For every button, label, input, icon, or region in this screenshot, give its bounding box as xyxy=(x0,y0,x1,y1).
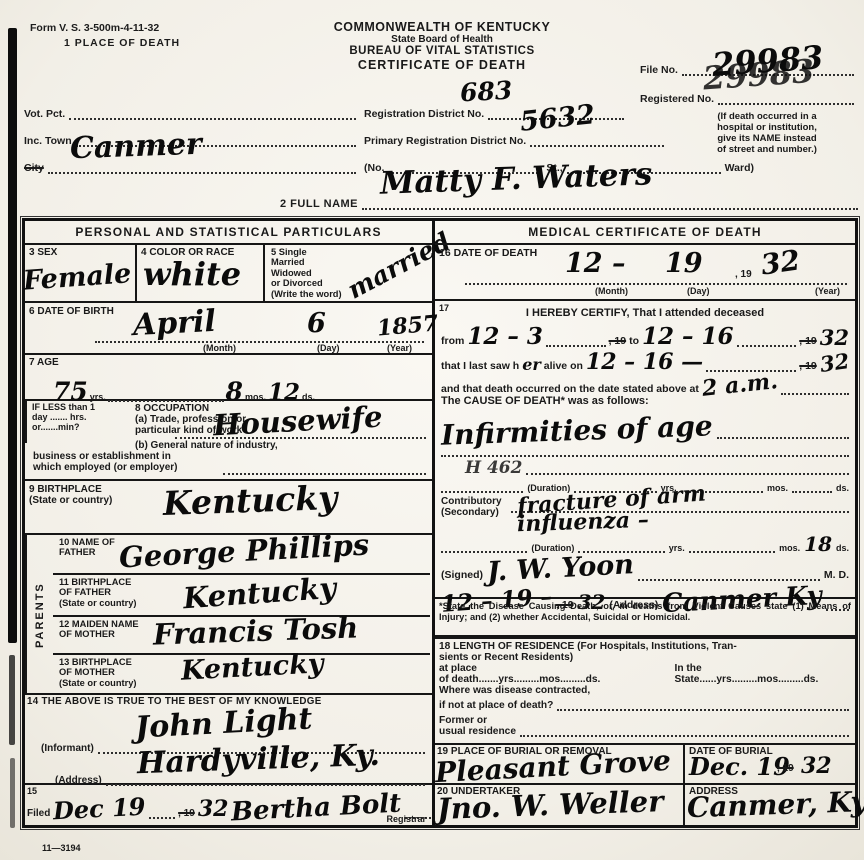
registrar-signature: Bertha Bolt xyxy=(231,793,402,824)
father-birthplace-row: 11 BIRTHPLACE OF FATHER (State or countr… xyxy=(53,575,430,617)
residence-heading: 18 LENGTH OF RESIDENCE (For Hospitals, I… xyxy=(439,641,849,663)
plate-code: 11—3194 xyxy=(42,843,81,853)
race-cell: 4 COLOR OR RACE white xyxy=(137,245,265,301)
file-no-label: File No. xyxy=(640,64,678,76)
if-not-label: if not at place of death? xyxy=(439,700,553,711)
cause-line: Infirmities of age xyxy=(441,413,849,439)
physician-signature: J. W. Yoon xyxy=(487,554,635,585)
death-time-value: 2 a.m. xyxy=(701,372,778,399)
year-prefix-2: , 19 xyxy=(799,335,817,347)
cause-label: The CAUSE OF DEATH* was as follows: xyxy=(441,395,849,413)
her-value: er xyxy=(522,358,541,372)
duration-yrs-2: yrs. xyxy=(669,543,685,553)
parents-fields: 10 NAME OF FATHER George Phillips 11 BIR… xyxy=(53,535,430,693)
filed-date-value: Dec 19 xyxy=(53,796,146,821)
day-caption: (Day) xyxy=(317,343,340,353)
bureau-subtitle: BUREAU OF VITAL STATISTICS xyxy=(272,45,612,57)
dob-row: 6 DATE OF BIRTH April 6 1857 (Month) (Da… xyxy=(25,303,432,355)
cause-footnote: *State the Disease Causing Death, or, in… xyxy=(435,599,855,624)
occurred-label: and that death occurred on the date stat… xyxy=(441,383,699,395)
dod-day-caption: (Day) xyxy=(687,286,710,296)
duration-ds-2: ds. xyxy=(836,543,849,553)
hospital-note: (If death occurred in a hospital or inst… xyxy=(677,112,857,156)
burial-place-value: Pleasant Grove xyxy=(435,749,672,785)
occupation-value: Housewife xyxy=(212,405,383,438)
primary-district-value: 5632 xyxy=(519,104,596,135)
certificate-body: PERSONAL AND STATISTICAL PARTICULARS 3 S… xyxy=(22,218,858,828)
mother-name-value: Francis Tosh xyxy=(153,615,359,647)
undertaker-cell: 20 UNDERTAKER Jno. W. Weller xyxy=(435,785,685,825)
dotted-line xyxy=(638,579,820,581)
burial-date-cell: DATE OF BURIAL Dec. 19 , 19 32 xyxy=(685,745,855,783)
dob-label: 6 DATE OF BIRTH xyxy=(25,303,432,317)
attended-line: from 12 – 3 , 19 to 12 – 16 , 19 32 xyxy=(441,321,849,347)
dob-year-value: 1857 xyxy=(376,314,439,338)
primary-district-label: Primary Registration District No. xyxy=(364,135,526,147)
form-number: Form V. S. 3-500m-4-11-32 xyxy=(30,22,159,34)
signed-label: (Signed) xyxy=(441,569,483,581)
place-of-death-label: 1 PLACE OF DEATH xyxy=(64,37,180,49)
informant-label: (Informant) xyxy=(41,743,94,754)
vot-pct-label: Vot. Pct. xyxy=(24,108,65,120)
filed-line: Filed Dec 19 , 19 32 Bertha Bolt xyxy=(27,797,431,819)
dotted-line xyxy=(362,208,858,210)
undertaker-address-cell: ADDRESS Canmer, Ky. xyxy=(685,785,855,825)
medical-title: MEDICAL CERTIFICATE OF DEATH xyxy=(435,221,855,245)
sex-cell: 3 SEX Female xyxy=(25,245,137,301)
dotted-line xyxy=(465,283,847,285)
sex-value: Female xyxy=(22,263,132,293)
duration-mos-2: mos. xyxy=(779,543,800,553)
city-value: Canmer xyxy=(70,132,203,162)
age-row: 7 AGE 75 yrs. 8 mos. 12 ds. IF LESS than… xyxy=(25,355,432,401)
mother-birthplace-row: 13 BIRTHPLACE OF MOTHER (State or countr… xyxy=(53,655,430,693)
certify-block: 17 I HEREBY CERTIFY, That I attended dec… xyxy=(435,301,855,599)
dod-month-value: 12 – xyxy=(565,253,625,276)
mother-name-row: 12 MAIDEN NAME OF MOTHER Francis Tosh xyxy=(53,617,430,655)
last-year-value: 32 xyxy=(819,352,850,374)
certify-heading: I HEREBY CERTIFY, That I attended deceas… xyxy=(526,307,764,319)
registration-district-value: 683 xyxy=(459,80,512,104)
certify-number: 17 xyxy=(439,303,449,313)
primary-district-line: Primary Registration District No. xyxy=(364,135,664,147)
informant-row: 14 THE ABOVE IS TRUE TO THE BEST OF MY K… xyxy=(25,695,432,785)
dotted-line xyxy=(689,551,775,553)
registered-no-label: Registered No. xyxy=(640,93,714,105)
dod-month-caption: (Month) xyxy=(595,286,628,296)
dotted-line xyxy=(737,345,797,347)
residence-row: 18 LENGTH OF RESIDENCE (For Hospitals, I… xyxy=(435,639,855,745)
undertaker-address-value: Canmer, Ky. xyxy=(687,790,864,820)
from-value: 12 – 3 xyxy=(467,327,543,347)
year-prefix-3: , 19 xyxy=(799,360,817,372)
residence-duration-line: at place of death.......yrs.........mos.… xyxy=(439,663,849,685)
dotted-line xyxy=(718,103,854,105)
last-saw-line: that I last saw h er alive on 12 – 16 — … xyxy=(441,347,849,372)
cause-value: Infirmities of age xyxy=(441,414,713,447)
age-label: 7 AGE xyxy=(25,355,325,368)
cause-code-value: H 462 xyxy=(465,461,522,475)
parents-vertical-label: PARENTS xyxy=(25,535,53,695)
undertaker-row: 20 UNDERTAKER Jno. W. Weller ADDRESS Can… xyxy=(435,785,855,825)
last-saw-label: that I last saw h xyxy=(441,360,519,372)
former-residence-label: Former or usual residence xyxy=(439,715,516,737)
occupation-b-label: (b) General nature of industry, business… xyxy=(25,437,432,474)
dotted-line xyxy=(48,172,356,174)
duration-label-2: (Duration) xyxy=(531,543,574,553)
filed-label: Filed xyxy=(27,808,50,819)
dotted-line xyxy=(526,473,849,475)
title-block: COMMONWEALTH OF KENTUCKY State Board of … xyxy=(272,20,612,72)
dotted-line xyxy=(520,735,849,737)
filed-number: 15 xyxy=(27,786,37,796)
dotted-line xyxy=(69,118,356,120)
medical-column: MEDICAL CERTIFICATE OF DEATH 16 DATE OF … xyxy=(435,221,855,825)
last-saw-value: 12 – 16 — xyxy=(586,353,703,372)
full-name-line: 2 FULL NAME xyxy=(280,198,858,210)
dotted-line xyxy=(530,145,664,147)
dod-year-value: 32 xyxy=(760,248,802,277)
inc-town-label: Inc. Town xyxy=(24,135,72,147)
dod-year-prefix: , 19 xyxy=(735,269,752,280)
vot-pct-line: Vot. Pct. xyxy=(24,108,356,120)
dotted-line xyxy=(546,345,606,347)
dotted-line xyxy=(717,437,849,439)
burial-year-prefix: , 19 xyxy=(777,763,794,774)
dod-year-caption: (Year) xyxy=(815,286,840,296)
personal-title: PERSONAL AND STATISTICAL PARTICULARS xyxy=(25,221,432,245)
board-subtitle: State Board of Health xyxy=(272,34,612,45)
filed-row: 15 Filed Dec 19 , 19 32 Bertha Bolt Regi… xyxy=(25,785,432,825)
filed-year-prefix: , 19 xyxy=(178,808,195,819)
full-name-value: Matty F. Waters xyxy=(380,161,653,197)
dob-day-value: 6 xyxy=(307,313,326,336)
footnote-row: *State the Disease Causing Death, or, in… xyxy=(435,599,855,639)
certificate-title: CERTIFICATE OF DEATH xyxy=(272,58,612,72)
dotted-line xyxy=(781,393,849,395)
former-residence-line: Former or usual residence xyxy=(439,711,849,737)
ward-label: Ward) xyxy=(725,162,754,174)
burial-place-cell: 19 PLACE OF BURIAL OR REMOVAL Pleasant G… xyxy=(435,745,685,783)
from-label: from xyxy=(441,335,464,347)
to-label: to xyxy=(629,335,639,347)
death-certificate-scan: Form V. S. 3-500m-4-11-32 1 PLACE OF DEA… xyxy=(0,0,864,860)
year-prefix-1: , 19 xyxy=(609,335,627,347)
registered-no-line: Registered No. xyxy=(640,93,854,105)
to-value: 12 – 16 xyxy=(642,327,734,347)
sex-label: 3 SEX xyxy=(25,245,135,258)
burial-year-value: 32 xyxy=(801,757,832,776)
contributory-lines: Contributory (Secondary) fracture of arm… xyxy=(441,493,849,535)
duration2-mos-value: 18 xyxy=(804,536,832,553)
father-name-value: George Phillips xyxy=(119,532,370,570)
age-months-value: 8 xyxy=(226,381,243,402)
duration-mos-1: mos. xyxy=(767,483,788,493)
dob-month-value: April xyxy=(132,309,216,339)
race-value: white xyxy=(143,261,241,288)
burial-date-value: Dec. 19 xyxy=(689,757,790,777)
scan-edge-bar xyxy=(8,28,17,643)
duration-ds-1: ds. xyxy=(836,483,849,493)
alive-label: alive on xyxy=(544,360,583,372)
scan-edge-bar xyxy=(9,655,15,745)
dod-day-value: 19 xyxy=(665,253,703,276)
occurred-line: and that death occurred on the date stat… xyxy=(441,372,849,395)
certify-heading-line: 17 I HEREBY CERTIFY, That I attended dec… xyxy=(441,303,849,321)
signed-line: (Signed) J. W. Yoon M. D. xyxy=(441,553,849,581)
age-cell: 7 AGE 75 yrs. 8 mos. 12 ds. xyxy=(25,355,325,399)
dod-row: 16 DATE OF DEATH 12 – 19 , 19 32 (Month)… xyxy=(435,245,855,301)
attend-year-value: 32 xyxy=(820,329,849,347)
dotted-line xyxy=(223,473,426,475)
registrar-label: Registrar xyxy=(386,814,426,824)
registration-district-label: Registration District No. xyxy=(364,108,484,120)
undertaker-value: Jno. W. Weller xyxy=(437,789,664,822)
md-label: M. D. xyxy=(824,569,849,581)
father-name-row: 10 NAME OF FATHER George Phillips xyxy=(53,535,430,575)
occupation-row: 8 OCCUPATION (a) Trade, profession or pa… xyxy=(25,401,432,481)
dotted-line xyxy=(441,455,849,457)
duration-line-2: (Duration) yrs. mos. 18 ds. xyxy=(441,535,849,553)
contributory-value-2: influenza – xyxy=(517,511,649,534)
mother-birthplace-value: Kentucky xyxy=(180,653,324,683)
age-days-value: 12 xyxy=(268,383,300,403)
dotted-line xyxy=(441,551,527,553)
city-label: City xyxy=(24,162,44,174)
birthplace-value: Kentucky xyxy=(163,484,338,518)
cause-code-line: H 462 xyxy=(441,457,849,475)
informant-address-value: Hardyville, Ky. xyxy=(137,743,381,777)
dotted-line xyxy=(557,709,849,711)
at-place-label: at place of death.......yrs.........mos.… xyxy=(439,663,665,685)
marital-cell: 5 Single Married Widowed or Divorced (Wr… xyxy=(265,245,431,301)
dotted-line xyxy=(149,817,175,819)
month-caption: (Month) xyxy=(203,343,236,353)
birthplace-row: 9 BIRTHPLACE (State or country) Kentucky xyxy=(25,481,432,535)
if-not-line: if not at place of death? xyxy=(439,696,849,711)
informant-value: John Light xyxy=(134,706,313,741)
year-caption: (Year) xyxy=(387,343,412,353)
in-state-label: In the State......yrs.........mos.......… xyxy=(675,663,819,685)
personal-column: PERSONAL AND STATISTICAL PARTICULARS 3 S… xyxy=(25,221,435,825)
burial-row: 19 PLACE OF BURIAL OR REMOVAL Pleasant G… xyxy=(435,745,855,785)
father-birthplace-value: Kentucky xyxy=(182,576,337,611)
file-no-value: 29983 xyxy=(711,44,824,79)
certificate-header: Form V. S. 3-500m-4-11-32 1 PLACE OF DEA… xyxy=(22,16,858,218)
contracted-label: Where was disease contracted, xyxy=(439,685,849,696)
sex-race-marital-row: 3 SEX Female 4 COLOR OR RACE white 5 Sin… xyxy=(25,245,432,303)
full-name-label: 2 FULL NAME xyxy=(280,198,358,210)
scan-edge-bar xyxy=(10,758,15,828)
commonwealth-title: COMMONWEALTH OF KENTUCKY xyxy=(272,20,612,34)
filed-year-value: 32 xyxy=(198,800,229,819)
parents-group: PARENTS 10 NAME OF FATHER George Phillip… xyxy=(25,535,432,695)
